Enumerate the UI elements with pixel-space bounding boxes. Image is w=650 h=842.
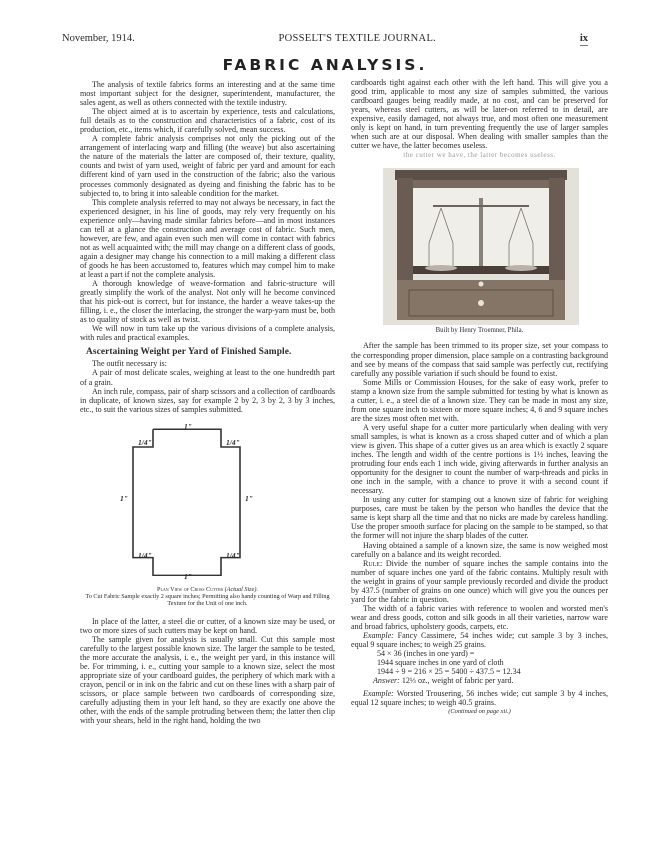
label-right: 1" [245,494,253,503]
figure-caption: Plan View of Cross Cutter (Actual Size).… [80,586,335,607]
example-label: Example: [363,631,394,640]
continued-notice: (Continued on page xii.) [351,707,608,716]
paragraph: In place of the latter, a steel die or c… [80,617,335,635]
paragraph: We will now in turn take up the various … [80,324,335,342]
label-top: 1" [184,422,192,431]
left-column: The analysis of textile fabrics forms an… [80,80,335,725]
caption-title: Plan View of Cross Cutter [157,586,223,593]
paragraph: In using any cutter for stamping out a k… [351,495,608,540]
cross-cutter-figure: 1" 1/4" 1/4" 1" 1" 1/4" 1/4" 1" [80,424,335,584]
example-paragraph: Example: Fancy Cassimere, 54 inches wide… [351,631,608,649]
paragraph: This complete analysis referred to may n… [80,198,335,279]
rule-paragraph: Rule: Divide the number of square inches… [351,559,608,604]
paragraph: A complete fabric analysis comprises not… [80,134,335,197]
balance-scale-icon [383,168,579,325]
photo-caption: Built by Henry Troemner, Phila. [351,326,608,335]
label-notch-bl: 1/4" [138,551,152,560]
paragraph: The outfit necessary is: [80,359,335,368]
label-left: 1" [120,494,128,503]
caption-description: To Cut Fabric Sample exactly 2 square in… [85,593,329,607]
math-line: 1944 square inches in one yard of cloth [351,658,608,667]
right-column: cardboards tight against each other with… [351,78,608,716]
paragraph: The width of a fabric varies with refere… [351,604,608,631]
rule-label: Rule: [363,559,382,568]
paragraph: cardboards tight against each other with… [351,78,608,150]
answer-line: Answer: 12⅓ oz., weight of fabric per ya… [351,676,608,685]
paragraph: The analysis of textile fabrics forms an… [80,80,335,107]
label-notch-tl: 1/4" [138,438,152,447]
issue-date: November, 1914. [62,33,135,44]
paragraph: After the sample has been trimmed to its… [351,341,608,377]
paragraph: A pair of most delicate scales, weighing… [80,368,335,386]
article-title: FABRIC ANALYSIS. [0,56,650,74]
rule-text: Divide the number of square inches the s… [351,559,608,604]
paragraph: A very useful shape for a cutter more pa… [351,423,608,495]
label-bottom: 1" [184,572,192,581]
cross-cutter-outline-icon [80,424,335,584]
answer-label: Answer: [373,676,400,685]
paragraph: Having obtained a sample of a known size… [351,541,608,559]
section-heading: Ascertaining Weight per Yard of Finished… [86,348,335,357]
bleed-through-line: the cutter we have, the latter becomes u… [351,151,608,160]
math-line: 54 × 36 (inches in one yard) = [351,649,608,658]
paragraph: An inch rule, compass, pair of sharp sci… [80,387,335,414]
math-line: 1944 ÷ 9 = 216 × 25 = 5400 ÷ 437.5 = 12.… [351,667,608,676]
page-number: ix [580,33,588,46]
caption-title-italic: (Actual Size). [225,586,258,593]
balance-scale-photo [383,168,579,325]
journal-name: POSSELT'S TEXTILE JOURNAL. [279,33,437,44]
label-notch-br: 1/4" [226,551,240,560]
paragraph: The object aimed at is to ascertain by e… [80,107,335,134]
example-paragraph: Example: Worsted Trousering, 56 inches w… [351,689,608,707]
running-head: November, 1914. POSSELT'S TEXTILE JOURNA… [62,33,588,47]
answer-text: 12⅓ oz., weight of fabric per yard. [402,676,514,685]
paragraph: Some Mills or Commission Houses, for the… [351,378,608,423]
paragraph: A thorough knowledge of weave-formation … [80,279,335,324]
label-notch-tr: 1/4" [226,438,240,447]
paragraph: The sample given for analysis is usually… [80,635,335,725]
example-label: Example: [363,689,394,698]
